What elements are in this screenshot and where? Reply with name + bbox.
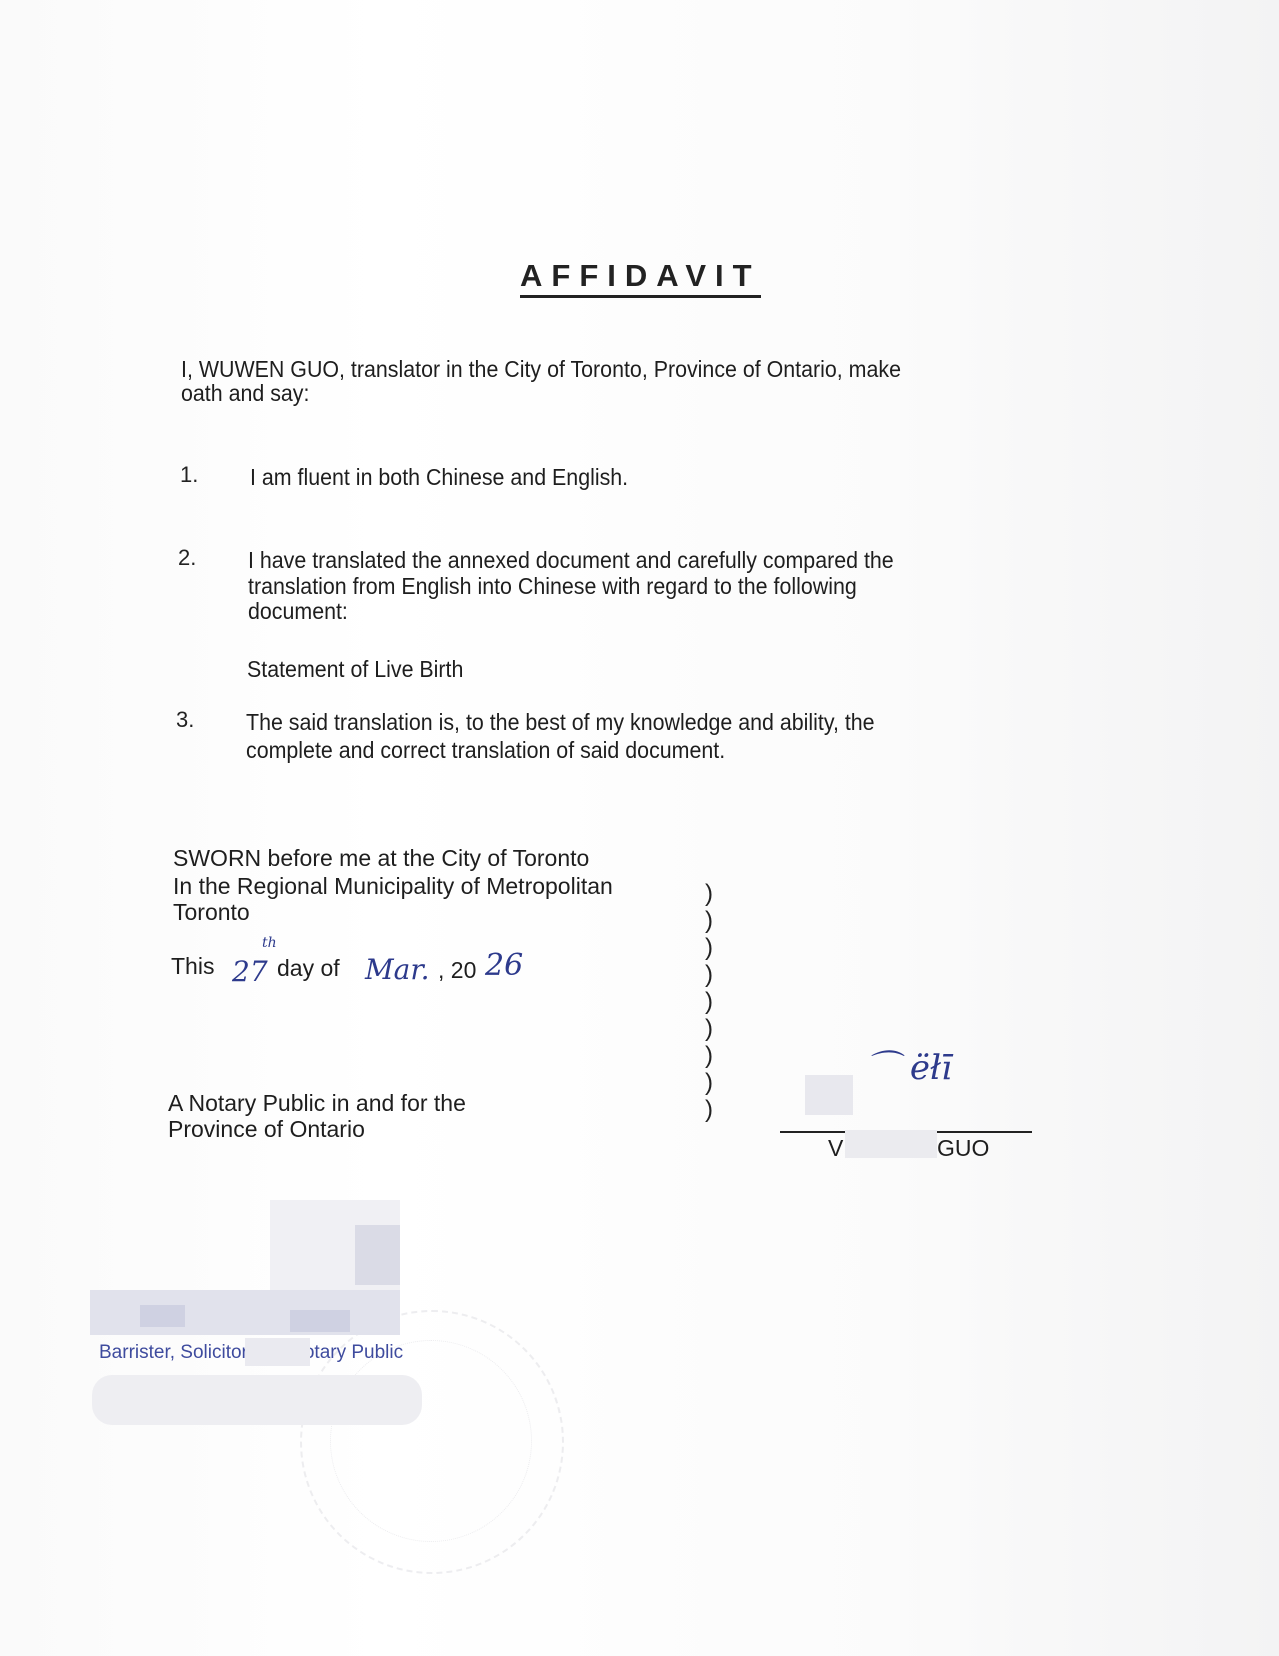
handwritten-day-suffix: th — [262, 935, 277, 951]
jurat-line-3: Toronto — [173, 899, 250, 925]
notary-line-2: Province of Ontario — [168, 1116, 365, 1142]
notary-line-1: A Notary Public in and for the — [168, 1090, 466, 1116]
handwritten-year: 26 — [485, 948, 523, 983]
jurat-line-1: SWORN before me at the City of Toronto — [173, 845, 589, 871]
paren: ) — [705, 907, 713, 935]
intro-line-2: oath and say: — [181, 380, 309, 406]
redaction-block — [355, 1225, 400, 1285]
jurat-line-2: In the Regional Municipality of Metropol… — [173, 873, 613, 899]
redaction-block — [845, 1130, 937, 1158]
handwritten-signature: ˎ ⌒ ëłī — [843, 1040, 952, 1089]
paren: ) — [705, 880, 713, 908]
item-2-line-3: document: — [248, 598, 348, 624]
paren: ) — [705, 1042, 713, 1070]
document-name: Statement of Live Birth — [247, 656, 463, 682]
paren: ) — [705, 961, 713, 989]
item-2-line-2: translation from English into Chinese wi… — [248, 573, 857, 599]
paren: ) — [705, 1069, 713, 1097]
handwritten-month: Mar. — [365, 953, 430, 986]
year-prefix: , 20 — [438, 957, 476, 983]
redaction-block — [290, 1310, 350, 1332]
printed-name-start: V — [828, 1135, 843, 1161]
item-1-text: I am fluent in both Chinese and English. — [250, 464, 628, 490]
item-3-line-1: The said translation is, to the best of … — [246, 709, 875, 735]
day-of-label: day of — [277, 955, 340, 981]
redaction-block — [140, 1305, 185, 1327]
paren: ) — [705, 988, 713, 1016]
this-label: This — [171, 953, 214, 979]
redaction-block — [90, 1290, 400, 1335]
paren: ) — [705, 934, 713, 962]
document-page: AFFIDAVIT I, WUWEN GUO, translator in th… — [0, 0, 1279, 1656]
redaction-block — [245, 1338, 310, 1366]
redaction-block — [92, 1375, 422, 1425]
item-1-number: 1. — [180, 462, 198, 488]
notary-seal-inner — [330, 1340, 532, 1542]
intro-line-1: I, WUWEN GUO, translator in the City of … — [181, 356, 901, 382]
document-title: AFFIDAVIT — [520, 258, 761, 298]
item-2-line-1: I have translated the annexed document a… — [248, 547, 894, 573]
redaction-block — [805, 1075, 853, 1115]
printed-name-end: GUO — [937, 1135, 989, 1161]
paren: ) — [705, 1096, 713, 1124]
item-3-number: 3. — [176, 707, 194, 733]
paren: ) — [705, 1015, 713, 1043]
item-2-number: 2. — [178, 545, 196, 571]
handwritten-day: 27 — [232, 955, 268, 988]
item-3-line-2: complete and correct translation of said… — [246, 737, 725, 763]
